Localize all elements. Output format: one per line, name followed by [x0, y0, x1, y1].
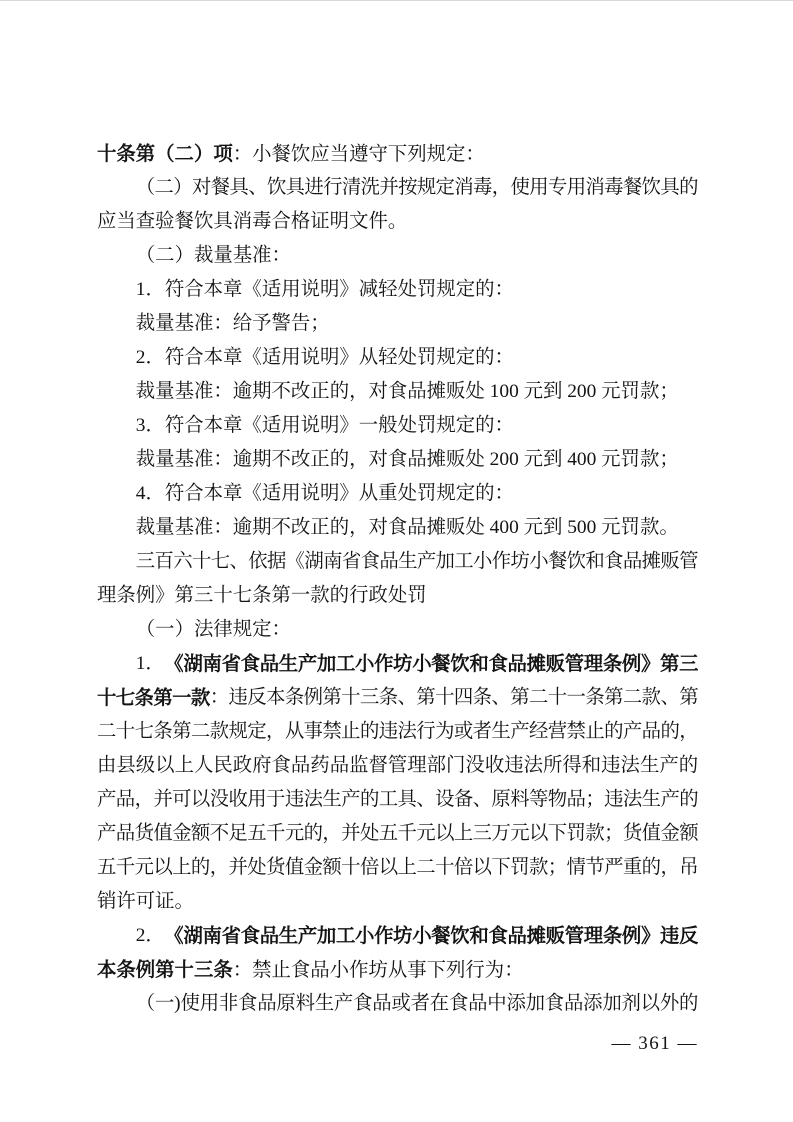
text-line: 裁量基准：给予警告； [97, 307, 698, 341]
text-line: 1．《湖南省食品生产加工小作坊小餐饮和食品摊贩管理条例》第三 [97, 647, 698, 681]
text-line: 应当查验餐饮具消毒合格证明文件。 [97, 205, 698, 239]
text-line: （一)使用非食品原料生产食品或者在食品中添加食品添加剂以外的 [97, 987, 698, 1021]
text-line: 裁量基准：逾期不改正的，对食品摊贩处 100 元到 200 元罚款； [97, 375, 698, 409]
text-line: 理条例》第三十七条第一款的行政处罚 [97, 579, 698, 613]
text-line: 销许可证。 [97, 885, 698, 919]
text-line: 本条例第十三条：禁止食品小作坊从事下列行为： [97, 953, 698, 987]
text-line: 产品货值金额不足五千元的，并处五千元以上三万元以下罚款；货值金额 [97, 817, 698, 851]
text-line: 十条第（二）项：小餐饮应当遵守下列规定： [97, 137, 698, 171]
text-line: 1．符合本章《适用说明》减轻处罚规定的： [97, 273, 698, 307]
page-number: — 361 — [97, 1032, 698, 1056]
text-line: 裁量基准：逾期不改正的，对食品摊贩处 200 元到 400 元罚款； [97, 443, 698, 477]
text-line: 十七条第一款：违反本条例第十三条、第十四条、第二十一条第二款、第 [97, 681, 698, 715]
text-line: （一）法律规定： [97, 613, 698, 647]
text-line: （二）裁量基准： [97, 239, 698, 273]
text-line: 三百六十七、依据《湖南省食品生产加工小作坊小餐饮和食品摊贩管 [97, 545, 698, 579]
text-line: 产品，并可以没收用于违法生产的工具、设备、原料等物品；违法生产的 [97, 783, 698, 817]
text-line: 五千元以上的，并处货值金额十倍以上二十倍以下罚款；情节严重的，吊 [97, 851, 698, 885]
text-line: 裁量基准：逾期不改正的，对食品摊贩处 400 元到 500 元罚款。 [97, 511, 698, 545]
text-line: 2．符合本章《适用说明》从轻处罚规定的： [97, 341, 698, 375]
text-line: 由县级以上人民政府食品药品监督管理部门没收违法所得和违法生产的 [97, 749, 698, 783]
document-page: 十条第（二）项：小餐饮应当遵守下列规定：（二）对餐具、饮具进行清洗并按规定消毒，… [0, 0, 793, 1122]
text-line: 4．符合本章《适用说明》从重处罚规定的： [97, 477, 698, 511]
text-line: （二）对餐具、饮具进行清洗并按规定消毒，使用专用消毒餐饮具的 [97, 171, 698, 205]
text-line: 二十七条第二款规定，从事禁止的违法行为或者生产经营禁止的产品的， [97, 715, 698, 749]
text-line: 3．符合本章《适用说明》一般处罚规定的： [97, 409, 698, 443]
text-block: 十条第（二）项：小餐饮应当遵守下列规定：（二）对餐具、饮具进行清洗并按规定消毒，… [97, 137, 698, 1021]
text-line: 2．《湖南省食品生产加工小作坊小餐饮和食品摊贩管理条例》违反 [97, 919, 698, 953]
